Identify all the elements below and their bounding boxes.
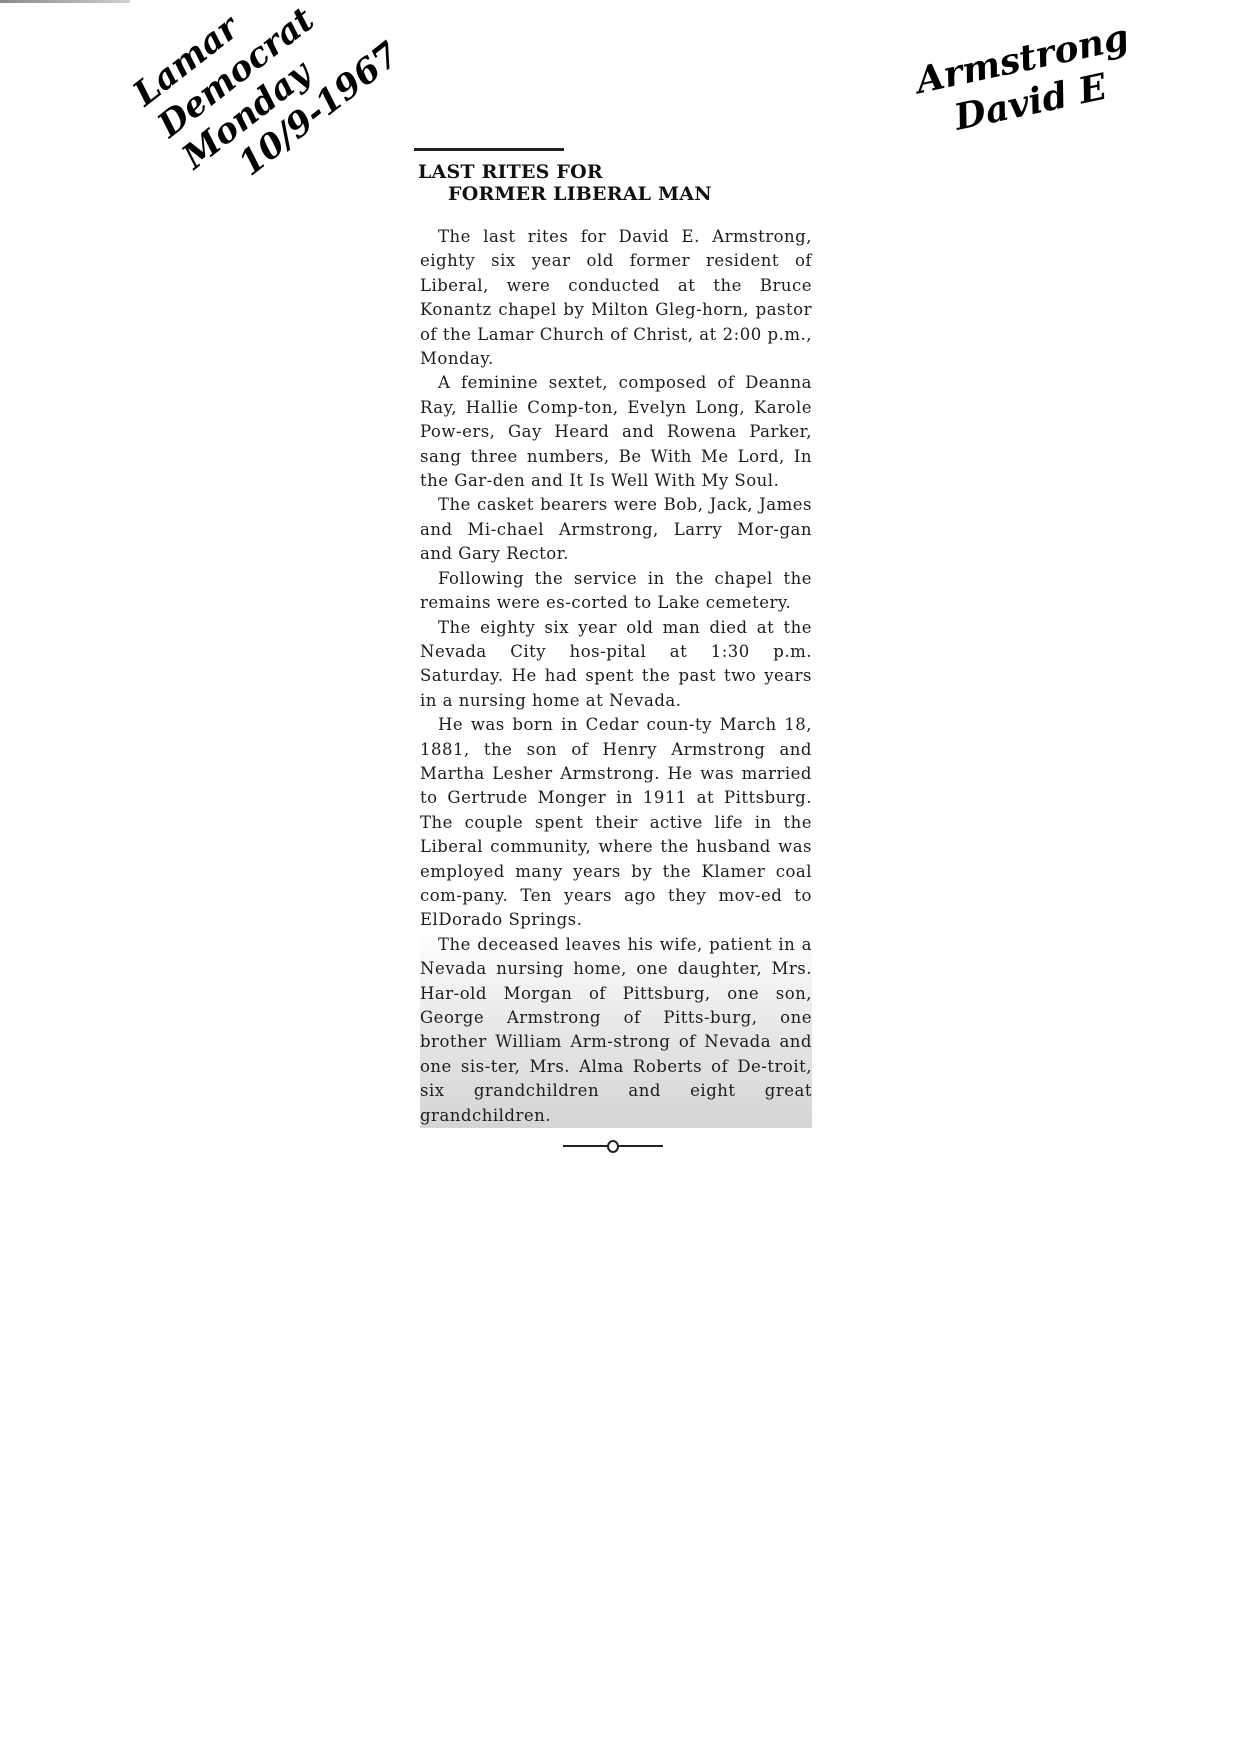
article-paragraph: A feminine sextet, composed of Deanna Ra… [420, 371, 812, 493]
handwritten-source-note: Lamar Democrat Monday 10/9-1967 [110, 0, 407, 221]
paragraph-text: He was born in Cedar coun-ty March 18, 1… [420, 715, 812, 929]
article-paragraph: Following the service in the chapel the … [420, 567, 812, 616]
divider-circle-icon [607, 1140, 619, 1153]
paragraph-text: The eighty six year old man died at the … [420, 618, 812, 710]
paragraph-text: The deceased leaves his wife, patient in… [420, 935, 812, 1125]
handwritten-name-note: Armstrong David E [912, 15, 1142, 146]
headline-line: FORMER LIBERAL MAN [418, 183, 818, 205]
article-paragraph: He was born in Cedar coun-ty March 18, 1… [420, 713, 812, 933]
paragraph-text: Following the service in the chapel the … [420, 569, 812, 612]
article-paragraph: The eighty six year old man died at the … [420, 616, 812, 714]
newspaper-clipping: LAST RITES FOR FORMER LIBERAL MAN The la… [408, 148, 818, 1152]
paragraph-text: The last rites for David E. Armstrong, e… [420, 227, 812, 368]
scan-edge [0, 0, 130, 3]
article-paragraph: The casket bearers were Bob, Jack, James… [420, 493, 812, 566]
paragraph-text: A feminine sextet, composed of Deanna Ra… [420, 373, 812, 490]
paragraph-text: The casket bearers were Bob, Jack, James… [420, 495, 812, 563]
headline-line: LAST RITES FOR [418, 161, 818, 183]
article-paragraph: The deceased leaves his wife, patient in… [420, 933, 812, 1128]
end-of-article-divider [563, 1140, 663, 1152]
headline: LAST RITES FOR FORMER LIBERAL MAN [418, 161, 818, 205]
column-rule [414, 148, 564, 151]
article-body: The last rites for David E. Armstrong, e… [408, 225, 818, 1128]
article-paragraph: The last rites for David E. Armstrong, e… [420, 225, 812, 371]
